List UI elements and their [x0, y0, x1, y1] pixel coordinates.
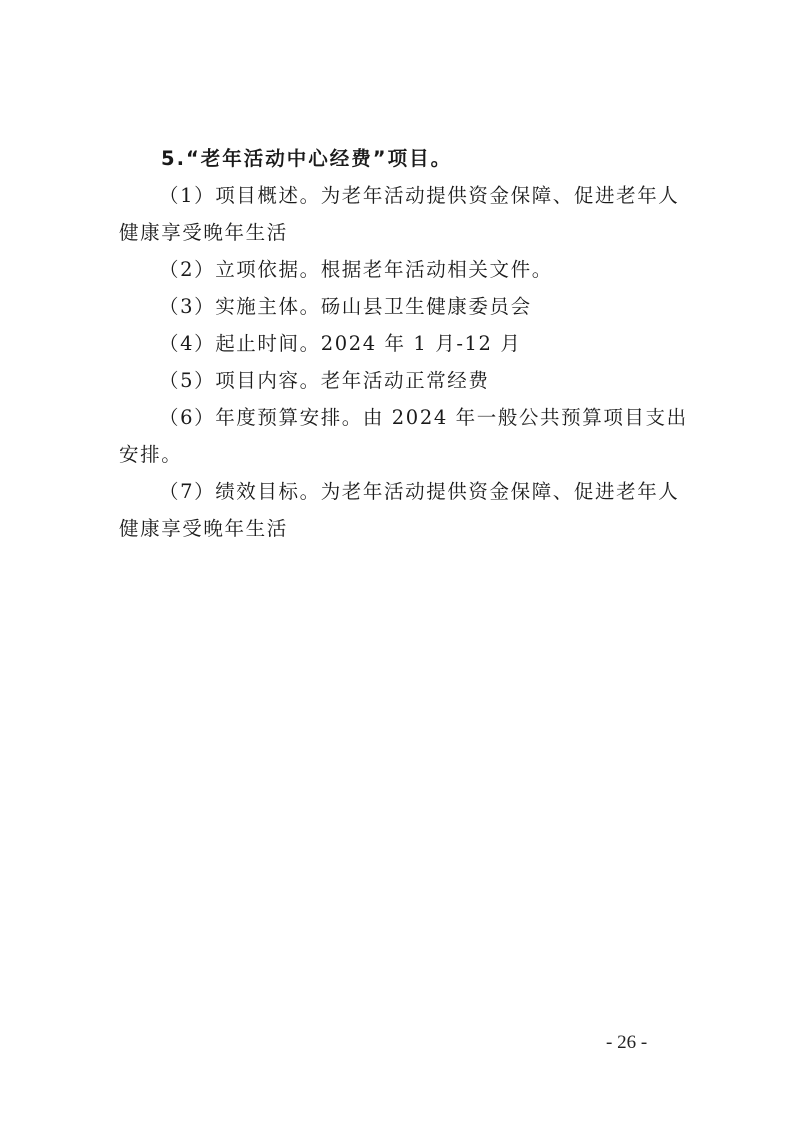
paragraph-annual-budget: （6）年度预算安排。由 2024 年一般公共预算项目支出 安排。 [119, 399, 679, 473]
paragraph-line: （7）绩效目标。为老年活动提供资金保障、促进老年人 [119, 473, 679, 510]
paragraph-line: （2）立项依据。根据老年活动相关文件。 [119, 251, 679, 288]
paragraph-line: 健康享受晚年生活 [119, 510, 679, 547]
paragraph-project-basis: （2）立项依据。根据老年活动相关文件。 [119, 251, 679, 288]
paragraph-performance-goals: （7）绩效目标。为老年活动提供资金保障、促进老年人 健康享受晚年生活 [119, 473, 679, 547]
paragraph-line: 健康享受晚年生活 [119, 214, 679, 251]
paragraph-line: （1）项目概述。为老年活动提供资金保障、促进老年人 [119, 177, 679, 214]
document-body: 5.“老年活动中心经费”项目。 （1）项目概述。为老年活动提供资金保障、促进老年… [119, 140, 679, 547]
document-page: 5.“老年活动中心经费”项目。 （1）项目概述。为老年活动提供资金保障、促进老年… [0, 0, 793, 1122]
paragraph-line: （6）年度预算安排。由 2024 年一般公共预算项目支出 [119, 399, 679, 436]
paragraph-project-content: （5）项目内容。老年活动正常经费 [119, 362, 679, 399]
section-heading: 5.“老年活动中心经费”项目。 [119, 140, 679, 177]
paragraph-line: （5）项目内容。老年活动正常经费 [119, 362, 679, 399]
page-number: - 26 - [606, 1032, 647, 1054]
paragraph-implementing-body: （3）实施主体。砀山县卫生健康委员会 [119, 288, 679, 325]
paragraph-line: 安排。 [119, 436, 679, 473]
paragraph-project-overview: （1）项目概述。为老年活动提供资金保障、促进老年人 健康享受晚年生活 [119, 177, 679, 251]
paragraph-line: （3）实施主体。砀山县卫生健康委员会 [119, 288, 679, 325]
paragraph-line: （4）起止时间。2024 年 1 月-12 月 [119, 325, 679, 362]
paragraph-time-period: （4）起止时间。2024 年 1 月-12 月 [119, 325, 679, 362]
